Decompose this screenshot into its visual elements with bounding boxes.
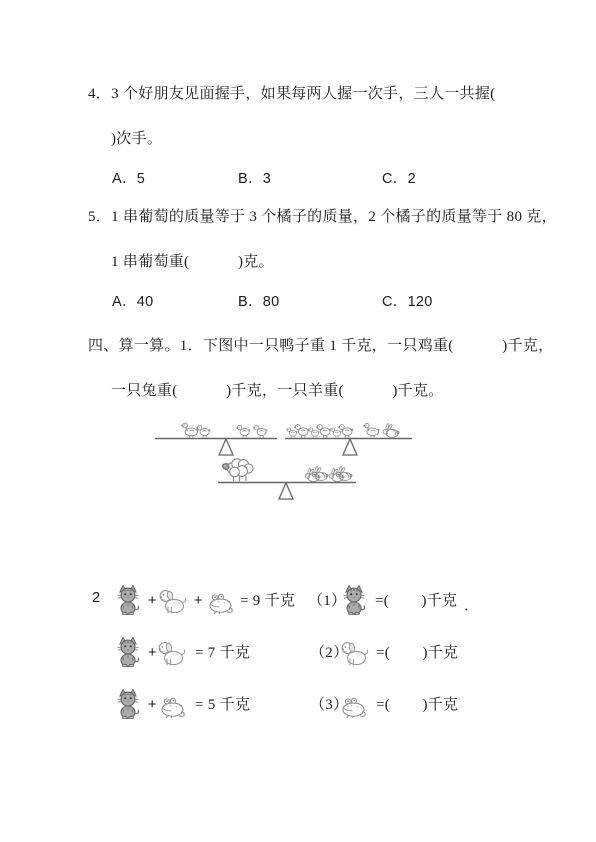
question-5-option-c: C．120 [382, 292, 433, 312]
question-4-line-2: )次手。 [111, 129, 162, 149]
balance-scales-figure [0, 408, 596, 512]
cat-icon [341, 585, 367, 615]
question-5-line-1: 5．1 串葡萄的质量等于 3 个橘子的质量，2 个橘子的质量等于 80 克， [88, 207, 557, 227]
question-4-option-a: A．5 [112, 169, 145, 189]
rabbit-icon [336, 466, 352, 480]
chick-icon [286, 428, 297, 438]
question-4-option-c: C．2 [382, 169, 416, 189]
plus-sign: + [194, 591, 203, 611]
balance-scale-3 [218, 459, 356, 499]
dog-icon [157, 588, 187, 614]
question-5-option-a: A．40 [112, 292, 154, 312]
cat-icon [115, 585, 141, 615]
sum-label: = 5 千克 [195, 695, 250, 715]
fulcrum-triangle [219, 439, 233, 455]
chick-icon [330, 428, 341, 438]
sum-label: = 9 千克 [240, 591, 295, 611]
balance-scale-2 [285, 423, 412, 455]
fulcrum-triangle [343, 439, 357, 455]
question-2-number: 2 [92, 588, 100, 608]
chicken-icon [294, 425, 309, 438]
rabbit-icon [312, 466, 328, 480]
chicken-icon [316, 425, 331, 438]
answer-blank: =( )千克 [376, 695, 458, 715]
frog-icon [158, 697, 187, 718]
duck-icon [363, 423, 379, 436]
question-2-row-3: + = 5 千克 （3） =( )千克 [0, 689, 596, 725]
chick-icon [196, 425, 210, 437]
answer-blank: =( )千克 [376, 643, 458, 663]
sum-label: = 7 千克 [195, 643, 250, 663]
section-four-line-2: 一只兔重( )千克，一只羊重( )千克。 [111, 381, 444, 401]
question-2-row-2: + = 7 千克 （2） =( )千克 [0, 637, 596, 673]
cat-icon [115, 689, 141, 719]
frog-icon [206, 593, 235, 614]
plus-sign: + [148, 695, 157, 715]
trailing-period: ． [464, 596, 479, 616]
chick-icon [308, 428, 319, 438]
chick-icon [253, 425, 267, 437]
chicken-icon [338, 425, 353, 438]
answer-blank: =( )千克 [375, 591, 457, 611]
section-four-line-1: 四、算一算。1．下图中一只鸭子重 1 千克，一只鸡重( )千克， [88, 336, 553, 356]
question-4-line-1: 4．3 个好朋友见面握手，如果每两人握一次手，三人一共握( [88, 84, 495, 104]
question-4-option-b: B．3 [238, 169, 271, 189]
cat-icon [115, 637, 141, 667]
duck-icon [181, 423, 198, 437]
sheep-icon [222, 459, 253, 481]
dog-icon [156, 640, 186, 666]
dog-icon [339, 640, 369, 666]
question-2-row-1: 2 + + = 9 千克 （1） =( )千克 ． [0, 585, 596, 621]
question-5-line-2: 1 串葡萄重( )克。 [111, 252, 274, 272]
rabbit-icon [383, 423, 399, 437]
plus-sign: + [148, 591, 157, 611]
fulcrum-triangle [279, 483, 293, 499]
worksheet-page: 4．3 个好朋友见面握手，如果每两人握一次手，三人一共握( )次手。 A．5 B… [0, 0, 596, 842]
question-5-option-b: B．80 [238, 292, 280, 312]
chick-icon [236, 425, 250, 437]
balance-scale-1 [155, 423, 277, 455]
frog-icon [339, 697, 368, 718]
